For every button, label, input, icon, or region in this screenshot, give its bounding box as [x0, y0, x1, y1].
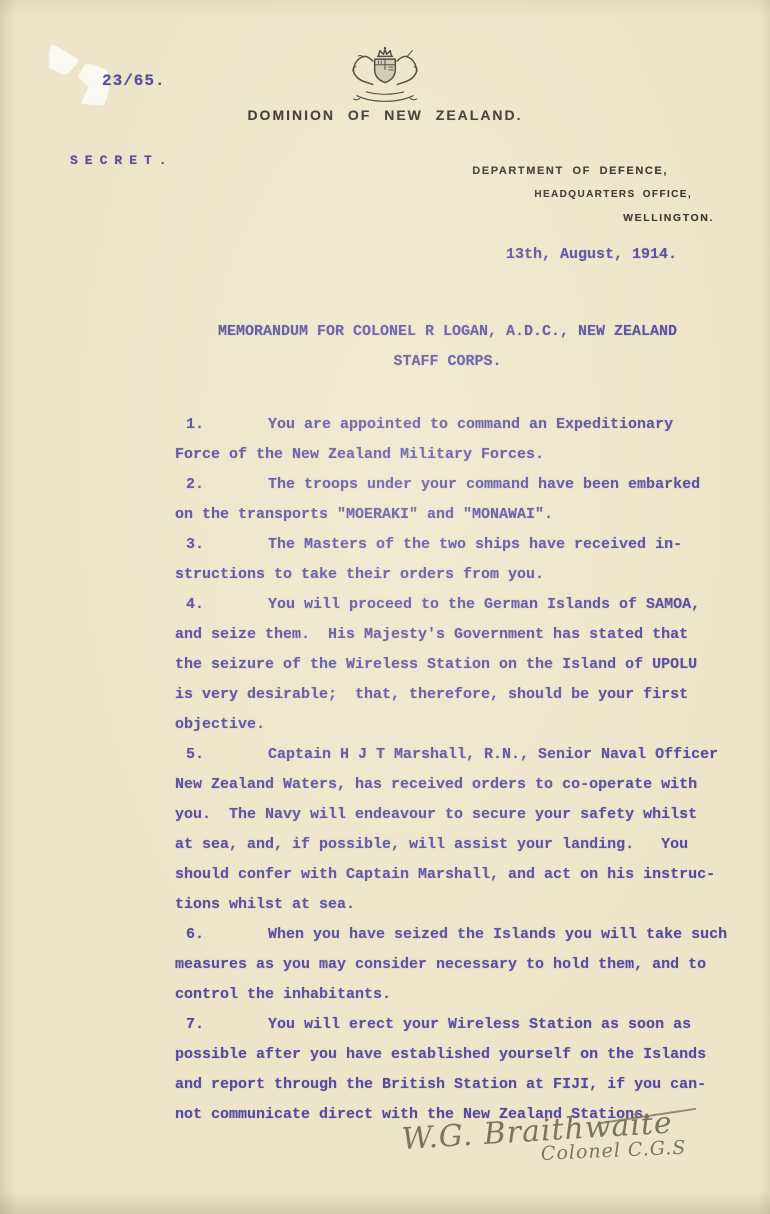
memorandum-text-line: possible after you have established your…	[175, 1040, 737, 1070]
line-text: You will erect your Wireless Station as …	[268, 1016, 691, 1033]
line-text: The troops under your command have been …	[268, 476, 700, 493]
paragraph-number: 2.	[175, 470, 268, 500]
royal-coat-of-arms-icon	[328, 46, 442, 111]
line-text: structions to take their orders from you…	[175, 566, 544, 583]
memorandum-text-line: 3.The Masters of the two ships have rece…	[175, 530, 737, 560]
memorandum-text-line: measures as you may consider necessary t…	[175, 950, 737, 980]
memorandum-body: 1.You are appointed to command an Expedi…	[175, 410, 737, 1130]
line-text: objective.	[175, 716, 265, 733]
memorandum-text-line: and report through the British Station a…	[175, 1070, 737, 1100]
letterhead-office-line: HEADQUARTERS OFFICE,	[534, 189, 692, 200]
document-date: 13th, August, 1914.	[506, 246, 677, 263]
memorandum-title: MEMORANDUM FOR COLONEL R LOGAN, A.D.C., …	[175, 317, 720, 377]
memorandum-text-line: tions whilst at sea.	[175, 890, 737, 920]
memorandum-text-line: 6.When you have seized the Islands you w…	[175, 920, 737, 950]
line-text: and report through the British Station a…	[175, 1076, 706, 1093]
memorandum-text-line: control the inhabitants.	[175, 980, 737, 1010]
line-text: the seizure of the Wireless Station on t…	[175, 656, 697, 673]
line-text: New Zealand Waters, has received orders …	[175, 776, 697, 793]
paragraph-number: 4.	[175, 590, 268, 620]
line-text: Captain H J T Marshall, R.N., Senior Nav…	[268, 746, 718, 763]
paragraph-number: 7.	[175, 1010, 268, 1040]
file-reference-number: 23/65.	[102, 72, 166, 90]
line-text: control the inhabitants.	[175, 986, 391, 1003]
memorandum-text-line: structions to take their orders from you…	[175, 560, 737, 590]
paragraph-number: 1.	[175, 410, 268, 440]
letterhead-department-line: DEPARTMENT OF DEFENCE,	[472, 165, 668, 177]
memorandum-text-line: Force of the New Zealand Military Forces…	[175, 440, 737, 470]
line-text: should confer with Captain Marshall, and…	[175, 866, 715, 883]
line-text: at sea, and, if possible, will assist yo…	[175, 836, 688, 853]
memorandum-text-line: should confer with Captain Marshall, and…	[175, 860, 737, 890]
memorandum-text-line: 2.The troops under your command have bee…	[175, 470, 737, 500]
line-text: tions whilst at sea.	[175, 896, 355, 913]
line-text: You are appointed to command an Expediti…	[268, 416, 673, 433]
memorandum-text-line: and seize them. His Majesty's Government…	[175, 620, 737, 650]
memorandum-text-line: objective.	[175, 710, 737, 740]
line-text: is very desirable; that, therefore, shou…	[175, 686, 688, 703]
scanned-memorandum-page: 23/65. DOMINION OF NEW ZEALAND. SECRET. …	[0, 0, 770, 1214]
letterhead-city-line: WELLINGTON.	[623, 212, 714, 224]
line-text: and seize them. His Majesty's Government…	[175, 626, 688, 643]
line-text: measures as you may consider necessary t…	[175, 956, 706, 973]
memorandum-text-line: on the transports "MOERAKI" and "MONAWAI…	[175, 500, 737, 530]
line-text: you. The Navy will endeavour to secure y…	[175, 806, 697, 823]
memorandum-text-line: you. The Navy will endeavour to secure y…	[175, 800, 737, 830]
line-text: possible after you have established your…	[175, 1046, 706, 1063]
memorandum-title-line2: STAFF CORPS.	[175, 347, 720, 377]
line-text: When you have seized the Islands you wil…	[268, 926, 727, 943]
memorandum-title-line1: MEMORANDUM FOR COLONEL R LOGAN, A.D.C., …	[175, 317, 720, 347]
memorandum-text-line: is very desirable; that, therefore, shou…	[175, 680, 737, 710]
line-text: The Masters of the two ships have receiv…	[268, 536, 682, 553]
paragraph-number: 6.	[175, 920, 268, 950]
memorandum-text-line: New Zealand Waters, has received orders …	[175, 770, 737, 800]
memorandum-text-line: 1.You are appointed to command an Expedi…	[175, 410, 737, 440]
paragraph-number: 5.	[175, 740, 268, 770]
line-text: Force of the New Zealand Military Forces…	[175, 446, 544, 463]
classification-stamp: SECRET.	[70, 153, 174, 168]
memorandum-text-line: 4.You will proceed to the German Islands…	[175, 590, 737, 620]
torn-paper-patch	[47, 43, 80, 76]
paragraph-number: 3.	[175, 530, 268, 560]
dominion-title: DOMINION OF NEW ZEALAND.	[175, 107, 595, 123]
memorandum-text-line: 5.Captain H J T Marshall, R.N., Senior N…	[175, 740, 737, 770]
line-text: You will proceed to the German Islands o…	[268, 596, 700, 613]
memorandum-text-line: the seizure of the Wireless Station on t…	[175, 650, 737, 680]
line-text: on the transports "MOERAKI" and "MONAWAI…	[175, 506, 553, 523]
memorandum-text-line: 7.You will erect your Wireless Station a…	[175, 1010, 737, 1040]
memorandum-text-line: at sea, and, if possible, will assist yo…	[175, 830, 737, 860]
